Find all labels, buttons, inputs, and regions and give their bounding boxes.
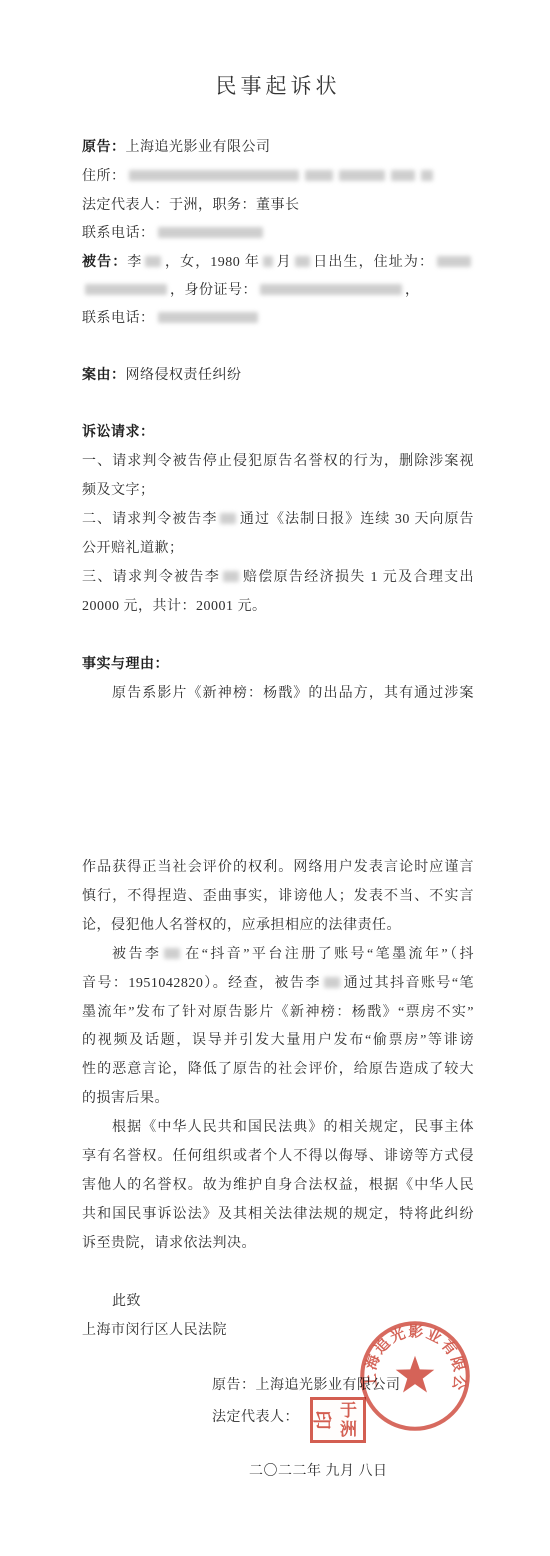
doc-text: 享有名誉权。任何组织或者个人不得以侮辱、诽谤等方式侵	[82, 1149, 474, 1164]
claim-3-line-2: 20000 元，共计：20001 元。	[82, 597, 474, 617]
facts-p3-line-5: 诉至贵院，请求依法判决。	[82, 1234, 474, 1254]
court-name-line: 上海市闵行区人民法院	[82, 1321, 474, 1341]
doc-text: 被告李	[112, 947, 161, 962]
defendant-line: 被告：李，女，1980 年月日出生，住址为：	[82, 253, 474, 273]
plaintiff-address-line: 住所：	[82, 167, 474, 187]
personal-seal: 印 于 洲	[310, 1397, 366, 1443]
doc-label: 被告：	[82, 255, 127, 270]
doc-text: 原告系影片《新神榜：杨戬》的出品方，其有通过涉案	[112, 686, 474, 701]
doc-text: 上海追光影业有限公司	[126, 140, 271, 155]
cause-of-action-line: 案由：网络侵权责任纠纷	[82, 366, 474, 386]
doc-text: 公开赔礼道歉；	[82, 541, 184, 556]
facts-p1-line-4: 论，侵犯他人名誉权的，应承担相应的法律责任。	[82, 916, 474, 936]
redacted-text	[164, 948, 180, 959]
signature-plaintiff-line: 原告：上海追光影业有限公司	[212, 1376, 401, 1396]
facts-p2-line-6: 的损害后果。	[82, 1089, 474, 1109]
claim-2-line-1: 二、请求判令被告李通过《法制日报》连续 30 天向原告	[82, 510, 474, 530]
claims-heading: 诉讼请求：	[82, 423, 474, 443]
doc-text: ，	[405, 283, 420, 298]
plaintiff-phone-line: 联系电话：	[82, 224, 474, 244]
redacted-text	[391, 170, 415, 181]
doc-text: 三、请求判令被告李	[82, 570, 220, 585]
doc-text: ，女，1980 年	[164, 255, 260, 270]
facts-p2-line-4: 的视频及话题，误导并引发大量用户发布“偷票房”等诽谤	[82, 1031, 474, 1051]
doc-label: 事实与理由：	[82, 657, 169, 672]
doc-text: 联系电话：	[82, 226, 155, 241]
doc-text: 原告：上海追光影业有限公司	[212, 1378, 401, 1393]
redacted-text	[158, 312, 258, 323]
claim-1-line-2: 频及文字；	[82, 481, 474, 501]
doc-text: 法定代表人：	[212, 1410, 299, 1425]
redacted-text	[129, 170, 299, 181]
redacted-text	[437, 256, 471, 267]
doc-text: 联系电话：	[82, 311, 155, 326]
complaint-document-page: 民事起诉状 原告：上海追光影业有限公司住所：法定代表人：于洲，职务：董事长联系电…	[0, 0, 550, 1556]
signature-representative-line: 法定代表人：	[212, 1408, 299, 1428]
legal-representative-line: 法定代表人：于洲，职务：董事长	[82, 196, 474, 216]
doc-text: 慎行，不得捏造、歪曲事实，诽谤他人；发表不当、不实言	[82, 889, 474, 904]
doc-text: 赔偿原告经济损失 1 元及合理支出	[242, 570, 474, 585]
doc-text: 法定代表人：于洲，职务：董事长	[82, 198, 300, 213]
claim-1-line-1: 一、请求判令被告停止侵犯原告名誉权的行为，删除涉案视	[82, 452, 474, 472]
doc-text: 墨流年”发布了针对原告影片《新神榜：杨戬》“票房不实”	[82, 1005, 474, 1020]
facts-p3-line-3: 害他人的名誉权。故为维护自身合法权益，根据《中华人民	[82, 1176, 474, 1196]
facts-p2-line-2: 音号：1951042820）。经查，被告李通过其抖音账号“笔	[82, 974, 474, 994]
doc-text: 的损害后果。	[82, 1091, 169, 1106]
redacted-text	[324, 977, 340, 988]
facts-p1-line-2: 作品获得正当社会评价的权利。网络用户发表言论时应谨言	[82, 858, 474, 878]
document-title: 民事起诉状	[82, 70, 474, 100]
doc-text: 李	[127, 255, 142, 270]
doc-text: 网络侵权责任纠纷	[126, 368, 242, 383]
doc-text: 作品获得正当社会评价的权利。网络用户发表言论时应谨言	[82, 860, 474, 875]
redacted-text	[220, 513, 236, 524]
redacted-text	[260, 284, 402, 295]
facts-p3-line-4: 共和国民事诉讼法》及其相关法律法规的规定，特将此纠纷	[82, 1205, 474, 1225]
doc-text: 的视频及话题，误导并引发大量用户发布“偷票房”等诽谤	[82, 1033, 474, 1048]
company-seal-star	[396, 1356, 435, 1393]
redacted-text	[263, 256, 273, 267]
redacted-text	[85, 284, 167, 295]
doc-text: 音号：1951042820）。经查，被告李	[82, 976, 321, 991]
doc-text: 在“抖音”平台注册了账号“笔墨流年”（抖	[183, 947, 474, 962]
doc-label: 诉讼请求：	[82, 425, 155, 440]
facts-p1-line-3: 慎行，不得捏造、歪曲事实，诽谤他人；发表不当、不实言	[82, 887, 474, 907]
doc-text: 共和国民事诉讼法》及其相关法律法规的规定，特将此纠纷	[82, 1207, 474, 1222]
closing-line: 此致	[112, 1292, 141, 1312]
facts-p1-line-1: 原告系影片《新神榜：杨戬》的出品方，其有通过涉案	[82, 684, 474, 704]
doc-text: ，身份证号：	[170, 283, 257, 298]
redacted-text	[305, 170, 333, 181]
doc-text: 此致	[112, 1294, 141, 1309]
doc-text: 20000 元，共计：20001 元。	[82, 599, 267, 614]
plaintiff-line: 原告：上海追光影业有限公司	[82, 138, 474, 158]
personal-seal-side-char: 印	[304, 1410, 344, 1431]
doc-text: 住所：	[82, 169, 126, 184]
doc-text: 一、请求判令被告停止侵犯原告名誉权的行为，删除涉案视	[82, 454, 474, 469]
facts-p2-line-3: 墨流年”发布了针对原告影片《新神榜：杨戬》“票房不实”	[82, 1003, 474, 1023]
doc-text: 根据《中华人民共和国民法典》的相关规定，民事主体	[112, 1120, 474, 1135]
doc-text: 月	[276, 255, 292, 270]
redacted-text	[145, 256, 161, 267]
doc-text: 诉至贵院，请求依法判决。	[82, 1236, 256, 1251]
doc-text: 论，侵犯他人名誉权的，应承担相应的法律责任。	[82, 918, 401, 933]
defendant-phone-line: 联系电话：	[82, 309, 474, 329]
doc-label: 案由：	[82, 368, 126, 383]
redacted-text	[158, 227, 263, 238]
redacted-text	[295, 256, 310, 267]
claim-2-line-2: 公开赔礼道歉；	[82, 539, 474, 559]
doc-text: 通过其抖音账号“笔	[343, 976, 474, 991]
doc-text: 二〇二二年 九月 八日	[249, 1464, 388, 1479]
doc-text: 性的恶意言论，降低了原告的社会评价，给原告造成了较大	[82, 1062, 474, 1077]
doc-text: 通过《法制日报》连续 30 天向原告	[239, 512, 474, 527]
doc-text: 频及文字；	[82, 483, 155, 498]
doc-text: 日出生，住址为：	[313, 255, 434, 270]
redacted-text	[223, 571, 239, 582]
doc-text: 害他人的名誉权。故为维护自身合法权益，根据《中华人民	[82, 1178, 474, 1193]
facts-p3-line-2: 享有名誉权。任何组织或者个人不得以侮辱、诽谤等方式侵	[82, 1147, 474, 1167]
claim-3-line-1: 三、请求判令被告李赔偿原告经济损失 1 元及合理支出	[82, 568, 474, 588]
redacted-text	[421, 170, 433, 181]
doc-text: 二、请求判令被告李	[82, 512, 217, 527]
redacted-text	[339, 170, 385, 181]
doc-text: 上海市闵行区人民法院	[82, 1323, 227, 1338]
facts-p3-line-1: 根据《中华人民共和国民法典》的相关规定，民事主体	[82, 1118, 474, 1138]
facts-heading: 事实与理由：	[82, 655, 474, 675]
doc-label: 原告：	[82, 140, 126, 155]
facts-p2-line-1: 被告李在“抖音”平台注册了账号“笔墨流年”（抖	[82, 945, 474, 965]
facts-p2-line-5: 性的恶意言论，降低了原告的社会评价，给原告造成了较大	[82, 1060, 474, 1080]
date-line: 二〇二二年 九月 八日	[249, 1462, 388, 1482]
defendant-id-line: ，身份证号：，	[82, 281, 474, 301]
